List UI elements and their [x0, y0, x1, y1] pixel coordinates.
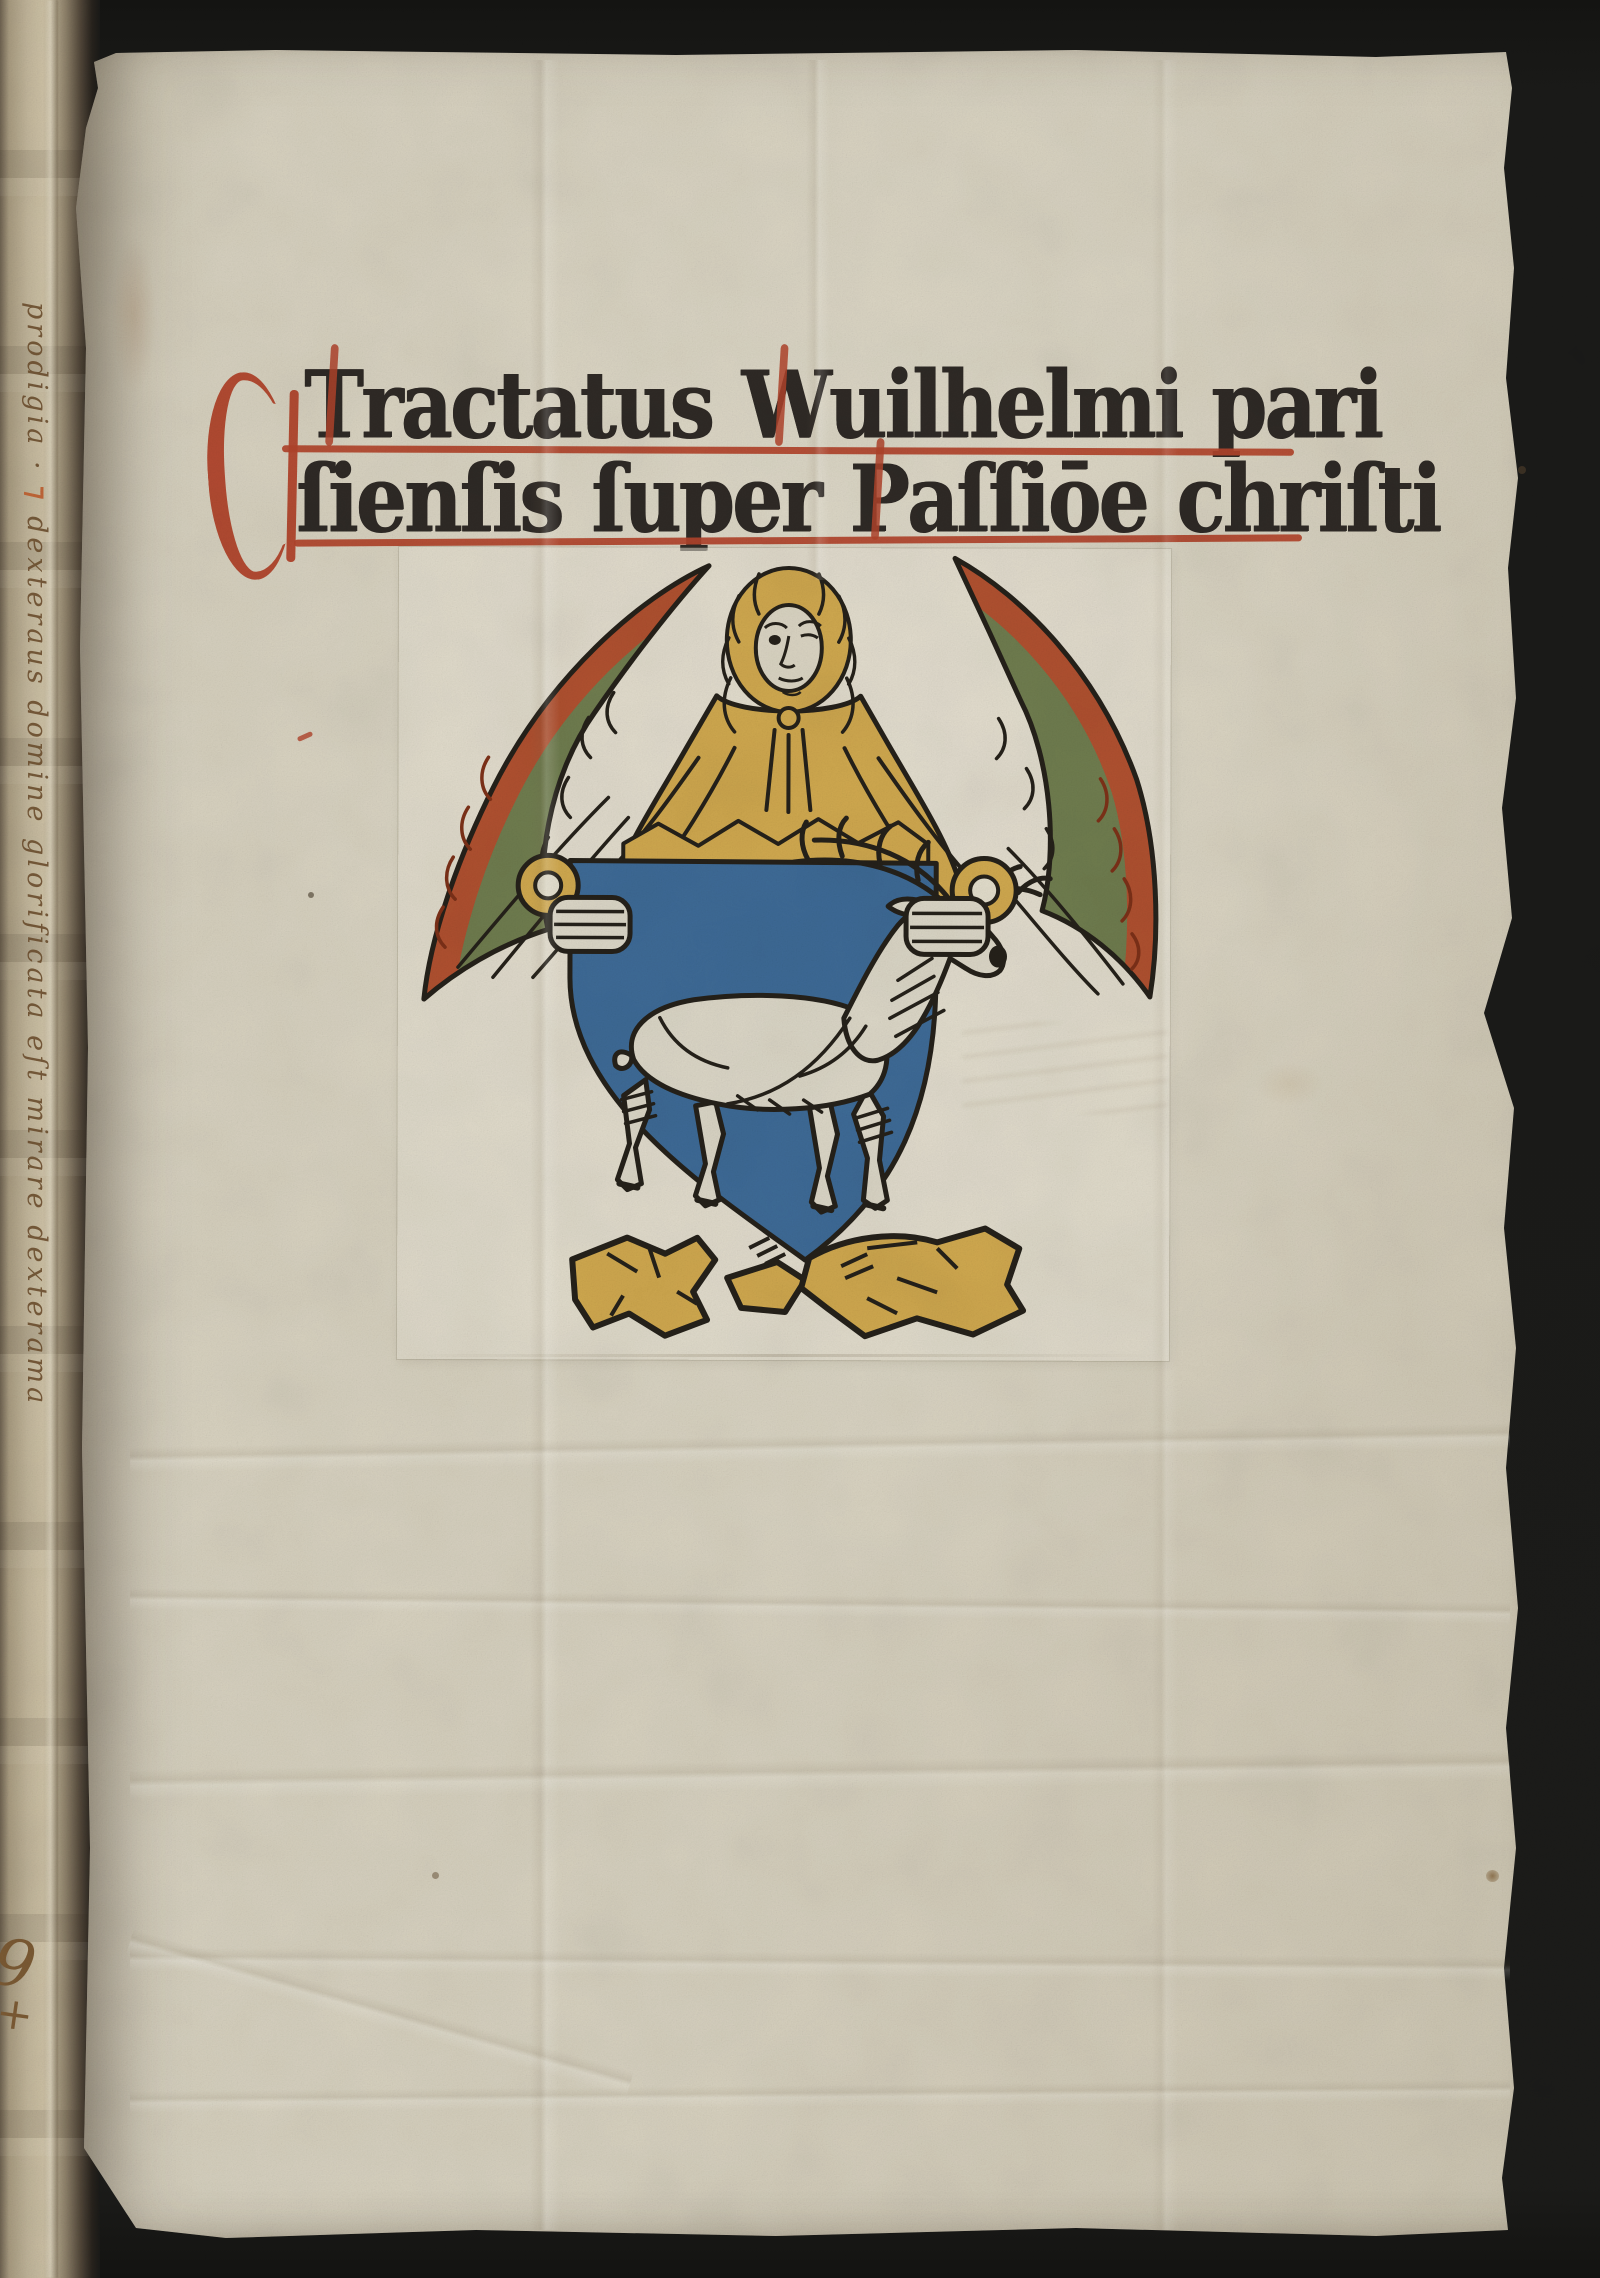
ownership-mark: 9 + — [0, 1938, 62, 2037]
woodcut-slip — [397, 547, 1171, 1361]
angel-stag-shield-woodcut — [397, 547, 1171, 1361]
face — [756, 605, 822, 691]
text-segment: prodigia · — [21, 302, 52, 486]
text-segment: dexteraus domine glorificata eſt mirare … — [21, 504, 52, 1408]
ownership-glyph: + — [0, 1993, 64, 2041]
title-line-2: ſienſis ſuper Paſſiōe chriſti — [296, 452, 1439, 545]
stain — [1518, 466, 1526, 474]
scanned-book-page: prodigia · ⁊ dexteraus domine glorificat… — [0, 0, 1600, 2278]
text-segment: ractatus — [361, 350, 741, 459]
robe-clasp — [779, 708, 799, 728]
slip-bottom-crease — [402, 1354, 1162, 1357]
text-segment: W — [741, 350, 828, 459]
verso-show-through — [962, 1022, 1168, 1114]
text-segment: uilhelmi pari — [829, 350, 1381, 459]
text-segment: T — [304, 350, 361, 459]
title-line-1: Tractatus Wuilhelmi pari — [304, 358, 1381, 451]
text-segment: ⁊ — [21, 486, 52, 503]
spine-marginalia: prodigia · ⁊ dexteraus domine glorificat… — [8, 302, 50, 1862]
